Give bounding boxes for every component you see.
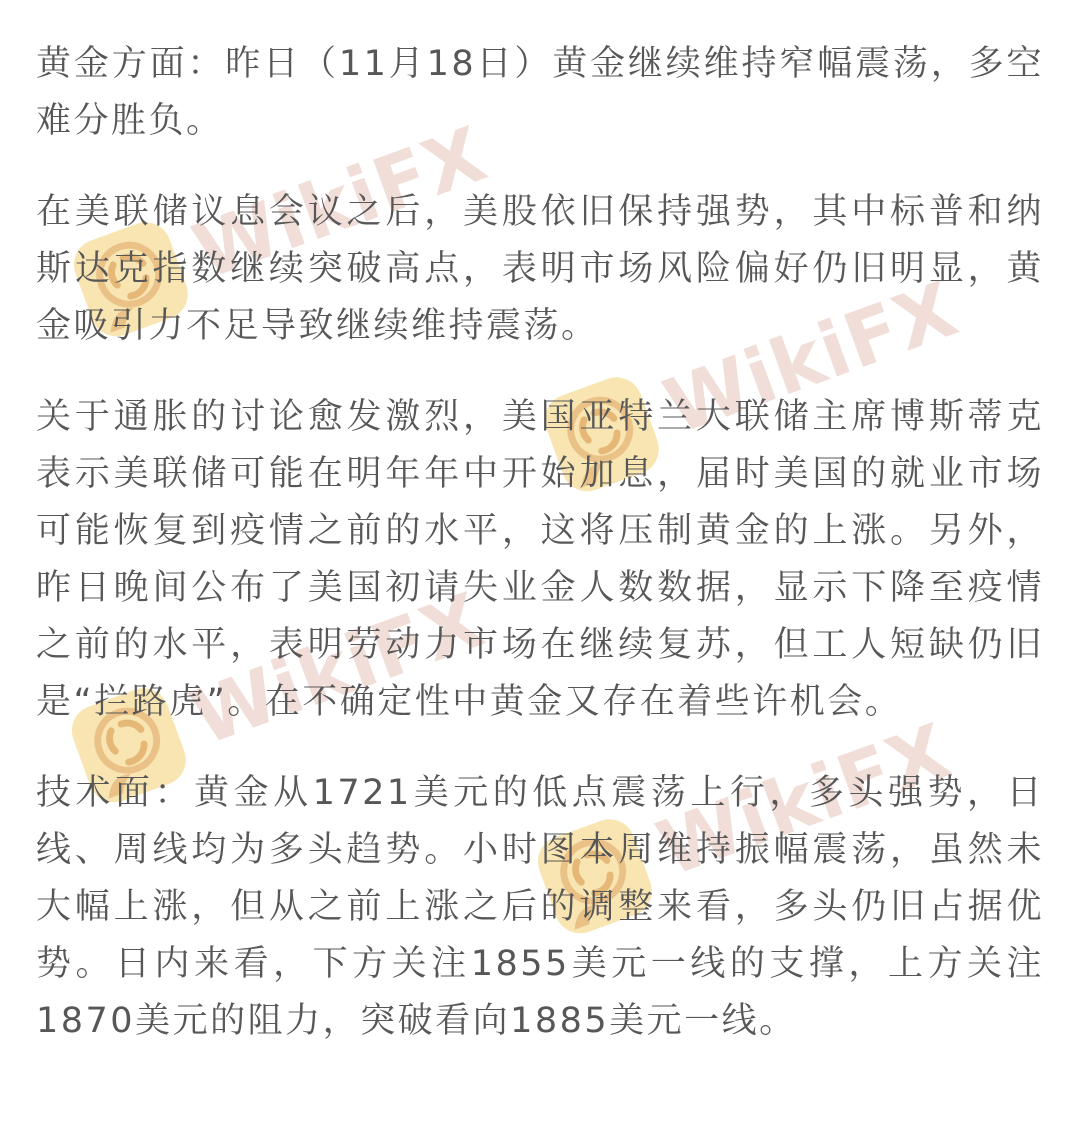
paragraph-gold-summary: 黄金方面：昨日（11月18日）黄金继续维持窄幅震荡，多空难分胜负。 [36,36,1044,150]
paragraph-technical-view: 技术面：黄金从1721美元的低点震荡上行，多头强势，日线、周线均为多头趋势。小时… [36,765,1044,1050]
article-page: WikiFX WikiFX WikiFX [0,0,1080,1147]
article-content: 黄金方面：昨日（11月18日）黄金继续维持窄幅震荡，多空难分胜负。 在美联储议息… [0,0,1080,1050]
paragraph-inflation-jobs: 关于通胀的讨论愈发激烈，美国亚特兰大联储主席博斯蒂克表示美联储可能在明年年中开始… [36,389,1044,731]
paragraph-fed-and-stocks: 在美联储议息会议之后，美股依旧保持强势，其中标普和纳斯达克指数继续突破高点，表明… [36,184,1044,355]
